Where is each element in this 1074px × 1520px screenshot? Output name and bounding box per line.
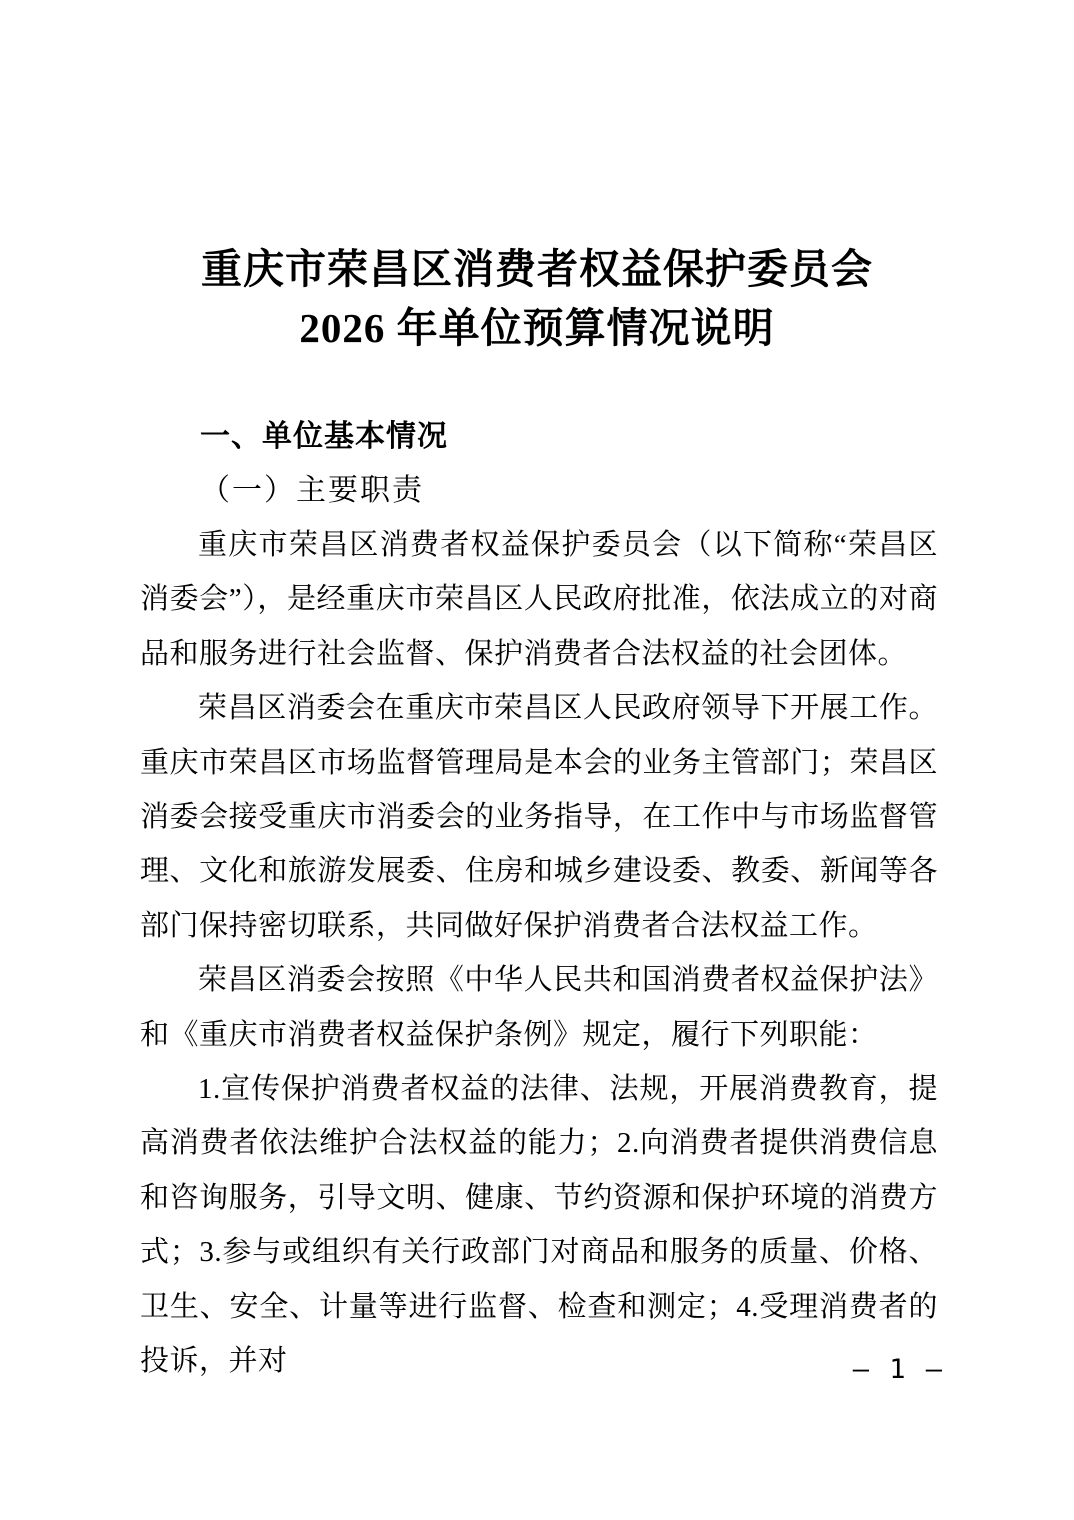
subsection-heading-main-duties: （一）主要职责: [140, 464, 938, 518]
document-page: 重庆市荣昌区消费者权益保护委员会 2026 年单位预算情况说明 一、单位基本情况…: [0, 0, 1074, 1520]
paragraph-leadership-relations: 荣昌区消委会在重庆市荣昌区人民政府领导下开展工作。重庆市荣昌区市场监督管理局是本…: [140, 681, 938, 953]
section-heading-basic-info: 一、单位基本情况: [140, 410, 938, 464]
document-title-line-2: 2026 年单位预算情况说明: [138, 299, 936, 358]
document-body: 一、单位基本情况 （一）主要职责 重庆市荣昌区消费者权益保护委员会（以下简称“荣…: [140, 410, 938, 1389]
paragraph-legal-basis: 荣昌区消委会按照《中华人民共和国消费者权益保护法》和《重庆市消费者权益保护条例》…: [140, 953, 938, 1062]
paragraph-functions-list: 1.宣传保护消费者权益的法律、法规，开展消费教育，提高消费者依法维护合法权益的能…: [140, 1062, 938, 1388]
document-title: 重庆市荣昌区消费者权益保护委员会 2026 年单位预算情况说明: [138, 240, 936, 358]
document-title-line-1: 重庆市荣昌区消费者权益保护委员会: [138, 240, 936, 299]
page-number: — 1 —: [853, 1354, 944, 1386]
paragraph-committee-introduction: 重庆市荣昌区消费者权益保护委员会（以下简称“荣昌区消委会”），是经重庆市荣昌区人…: [140, 518, 938, 681]
